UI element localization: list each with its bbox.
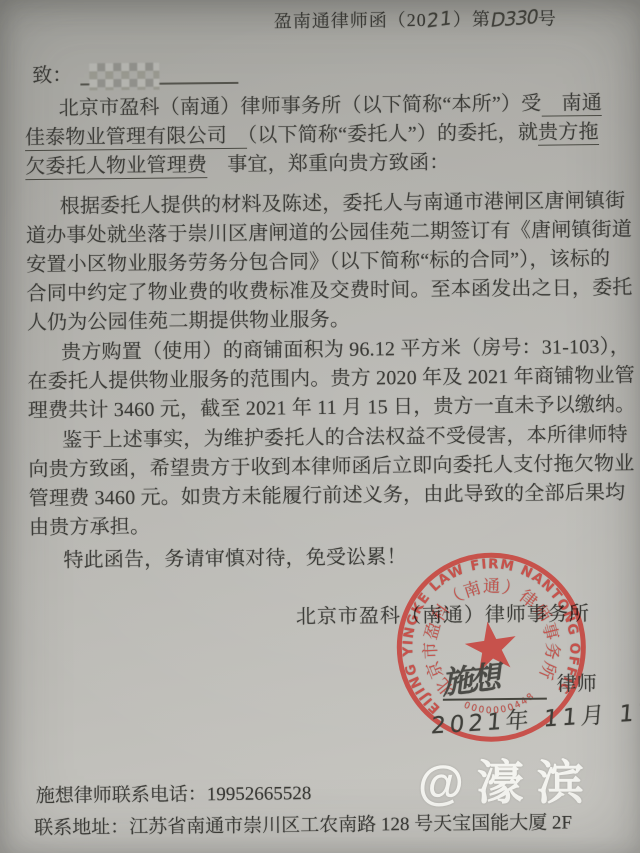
underlined-matter-part1: 贵方拖 [538, 121, 599, 146]
paragraph-demand: 鉴于上述事实，为维护委托人的合法权益不受侵害，本所律师特 向贵方致函，希望贵方于… [28, 421, 635, 543]
paragraph-intro: 北京市盈科（南通）律师事务所（以下简称“本所”）受 南通 佳泰物业管理有限公司 … [25, 89, 632, 182]
footer-phone-line: 施想律师联系电话：19952665528 [36, 778, 312, 808]
handwritten-signature: 施想 [442, 651, 504, 703]
signature-row: 施想律师 [442, 661, 596, 701]
reference-number-line: 盈南通律师函（2021）第D330号 [274, 4, 557, 33]
reference-printed-suffix: 号 [538, 8, 557, 28]
reference-printed-mid: ）第 [453, 9, 491, 29]
paragraph-contract-facts: 根据委托人提供的材料及陈述，委托人与南通市港闸区唐闸镇街 道办事处就坐落于崇川区… [26, 187, 633, 338]
handwritten-letter-number: D330 [489, 6, 539, 32]
text-run: （以下简称“委托人”）的委托，就 [247, 122, 538, 147]
paragraph-line: 欠委托人物业管理费 事宜，郑重向贵方致函： [25, 147, 631, 182]
reference-printed-prefix: 盈南通律师函（20 [274, 10, 427, 32]
signature-underline: 施想 [442, 662, 546, 701]
text-run: 北京市盈科（南通）律师事务所（以下简称“本所”）受 [59, 93, 542, 120]
redaction-mosaic [89, 63, 159, 91]
underlined-client-part2: 佳泰物业管理有限公司 [25, 125, 247, 151]
salutation-label: 致： [32, 65, 72, 87]
underlined-matter-part2: 欠委托人物业管理费 [25, 154, 207, 180]
letter-content: 盈南通律师函（2021）第D330号 致： 北京市盈科（南通）律师事务所（以下简… [0, 0, 640, 853]
scanned-lawyer-letter: 盈南通律师函（2021）第D330号 致： 北京市盈科（南通）律师事务所（以下简… [0, 0, 640, 853]
paragraph-arrears-facts: 贵方购置（使用）的商铺面积为 96.12 平方米（房号：31-103）， 在委托… [27, 333, 634, 426]
watermark: @濠滨 [418, 746, 597, 813]
underlined-client-part1: 南通 [541, 92, 602, 117]
signer-title: 律师 [557, 669, 597, 699]
handwritten-year: 21 [426, 7, 454, 33]
text-run: 事宜，郑重向贵方致函： [207, 152, 450, 177]
